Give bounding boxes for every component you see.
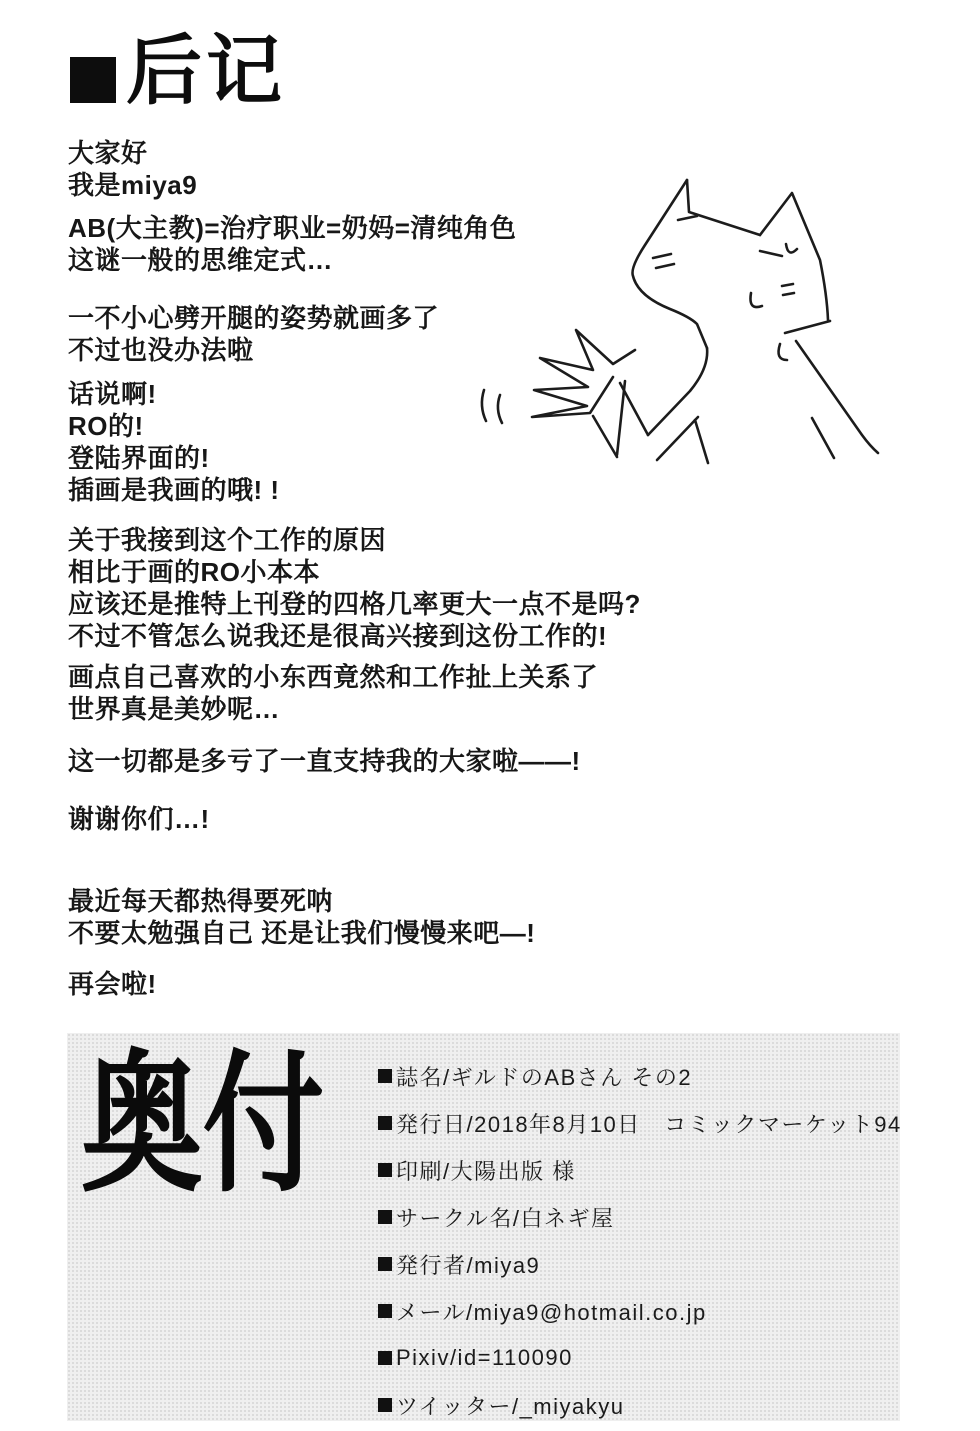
colophon-item: メール/miya9@hotmail.co.jp xyxy=(378,1296,707,1326)
afterword-line: 话说啊! xyxy=(68,378,280,410)
colophon-item: 印刷/大陽出版 様 xyxy=(378,1155,576,1185)
afterword-paragraph: 一不小心劈开腿的姿势就画多了 不过也没办法啦 xyxy=(68,302,439,366)
colophon-item: 発行日/2018年8月10日 コミックマーケット94 xyxy=(378,1108,902,1138)
afterword-paragraph: 话说啊! RO的! 登陆界面的! 插画是我画的哦! ! xyxy=(68,378,280,506)
cat-doodle-illustration xyxy=(450,150,980,550)
square-bullet-icon xyxy=(378,1116,392,1130)
colophon-item: Pixiv/id=110090 xyxy=(378,1343,573,1373)
afterword-line: 相比于画的RO小本本 xyxy=(68,556,641,588)
colophon-item: ツイッター/_miyakyu xyxy=(378,1390,625,1420)
colophon-item-label: 誌名/ギルドのABさん その2 xyxy=(396,1061,692,1092)
colophon-item-label: 印刷/大陽出版 様 xyxy=(396,1155,576,1186)
colophon-item: 誌名/ギルドのABさん その2 xyxy=(378,1061,692,1091)
square-bullet-icon xyxy=(378,1351,392,1365)
colophon-item-label: 発行日/2018年8月10日 コミックマーケット94 xyxy=(396,1108,902,1139)
afterword-paragraph: 再会啦! xyxy=(68,968,157,1000)
cat-eye-left-line xyxy=(678,216,697,220)
afterword-line: RO的! xyxy=(68,410,280,442)
afterword-line: 插画是我画的哦! ! xyxy=(68,474,280,506)
page-title: 后记 xyxy=(126,34,286,110)
colophon-item-label: メール/miya9@hotmail.co.jp xyxy=(396,1296,707,1327)
colophon-item-label: Pixiv/id=110090 xyxy=(396,1345,573,1371)
cat-arm-right-line xyxy=(796,341,878,453)
colophon-item: サークル名/白ネギ屋 xyxy=(378,1202,614,1232)
cat-waving-hand-line xyxy=(532,330,635,417)
cat-ear-right-line xyxy=(760,193,828,320)
afterword-paragraph: 这一切都是多亏了一直支持我的大家啦——! xyxy=(68,745,581,777)
cat-leg-line xyxy=(657,417,698,460)
afterword-line: 不过也没办法啦 xyxy=(68,334,439,366)
doujin-afterword-page: 后记 大家好 我是miya9 AB(大主教)=治疗职业=奶妈=清纯角色 这谜一般… xyxy=(0,0,980,1431)
afterword-line: 这一切都是多亏了一直支持我的大家啦——! xyxy=(68,745,581,777)
afterword-line: 不要太勉强自己 还是让我们慢慢来吧—! xyxy=(68,917,535,949)
colophon-item: 発行者/miya9 xyxy=(378,1249,540,1279)
cat-muzzle-line xyxy=(783,293,794,295)
afterword-line: 我是miya9 xyxy=(68,169,197,201)
colophon-item-label: 発行者/miya9 xyxy=(396,1249,540,1280)
cat-chin-line xyxy=(785,321,830,333)
afterword-paragraph: 谢谢你们…! xyxy=(68,803,210,835)
cat-back-line xyxy=(648,348,707,435)
cat-leg-line xyxy=(695,420,708,463)
afterword-line: 一不小心劈开腿的姿势就画多了 xyxy=(68,302,439,334)
afterword-paragraph: 大家好 我是miya9 xyxy=(68,137,197,201)
cat-brow-right-line xyxy=(760,251,782,256)
square-bullet-icon xyxy=(378,1398,392,1412)
colophon-box: 奥付 誌名/ギルドのABさん その2 発行日/2018年8月10日 コミックマー… xyxy=(67,1033,900,1421)
cat-arm-right-inner-line xyxy=(812,418,834,458)
afterword-line: 世界真是美妙呢… xyxy=(68,693,598,725)
afterword-line: 再会啦! xyxy=(68,968,157,1000)
cat-whisker-line xyxy=(653,254,671,258)
afterword-paragraph: 最近每天都热得要死呐 不要太勉强自己 还是让我们慢慢来吧—! xyxy=(68,885,535,949)
square-bullet-icon xyxy=(378,1163,392,1177)
square-bullet-icon xyxy=(378,1304,392,1318)
colophon-title: 奥付 xyxy=(81,1047,324,1207)
afterword-line: 画点自己喜欢的小东西竟然和工作扯上关系了 xyxy=(68,661,598,693)
title-square-bullet-icon xyxy=(70,57,116,103)
colophon-item-label: ツイッター/_miyakyu xyxy=(396,1390,625,1421)
cat-forearm-line xyxy=(617,381,625,455)
afterword-line: 谢谢你们…! xyxy=(68,803,210,835)
cat-sweatdrop-line xyxy=(750,293,762,307)
afterword-line: 大家好 xyxy=(68,137,197,169)
motion-line xyxy=(482,390,486,421)
cat-muzzle-line xyxy=(782,284,793,286)
afterword-line: 最近每天都热得要死呐 xyxy=(68,885,535,917)
cat-ear-left-line xyxy=(687,180,760,235)
afterword-line: 不过不管怎么说我还是很高兴接到这份工作的! xyxy=(68,620,641,652)
afterword-line: 应该还是推特上刊登的四格几率更大一点不是吗? xyxy=(68,588,641,620)
afterword-line: 登陆界面的! xyxy=(68,442,280,474)
colophon-item-label: サークル名/白ネギ屋 xyxy=(396,1202,614,1233)
cat-whisker-line xyxy=(656,264,674,268)
cat-neck-hook-line xyxy=(779,344,787,360)
square-bullet-icon xyxy=(378,1257,392,1271)
afterword-paragraph: 画点自己喜欢的小东西竟然和工作扯上关系了 世界真是美妙呢… xyxy=(68,661,598,725)
cat-forearm-line xyxy=(593,416,617,457)
motion-line xyxy=(498,395,502,423)
square-bullet-icon xyxy=(378,1069,392,1083)
cat-eye-right-line xyxy=(786,244,797,253)
square-bullet-icon xyxy=(378,1210,392,1224)
